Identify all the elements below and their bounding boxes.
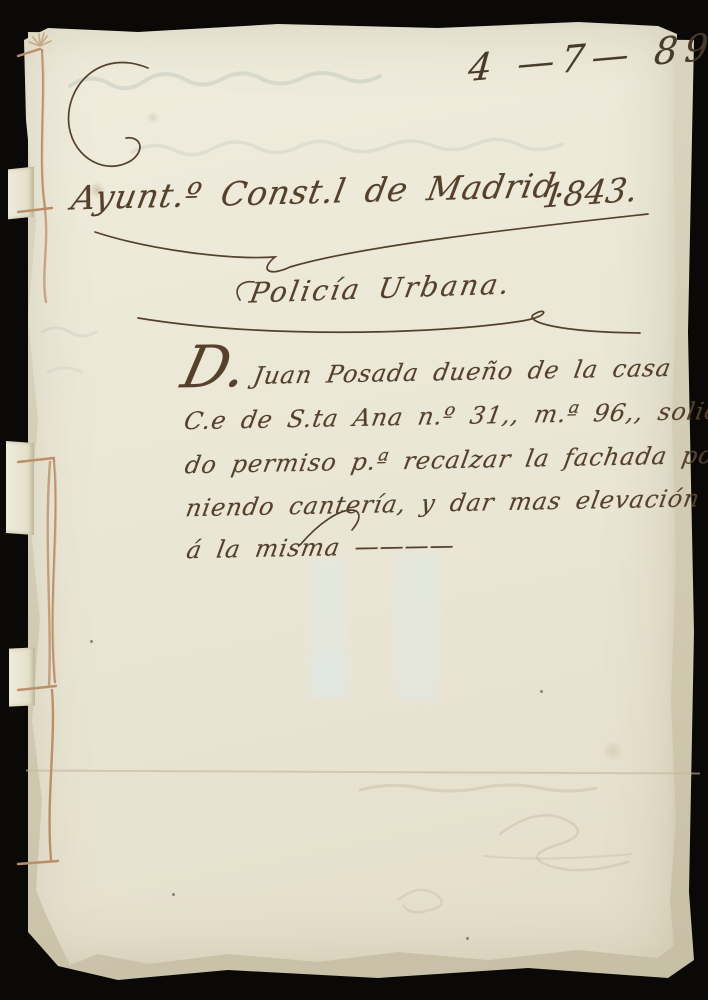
body-line: á la misma ————: [184, 531, 457, 564]
body-initial: D.: [176, 332, 255, 402]
body-text-block: D. Juan Posada dueño de la casa C.e de S…: [0, 0, 708, 1000]
body-line: do permiso p.ª recalzar la fachada po-: [183, 441, 708, 479]
scanned-document-page: 4 —7— 89 Ayunt.º Const.l de Madrid. 1843…: [0, 0, 708, 1000]
body-line: niendo cantería, y dar mas elevación: [184, 484, 703, 522]
body-line: Juan Posada dueño de la casa: [251, 354, 674, 390]
body-line: C.e de S.ta Ana n.º 31,, m.ª 96,, solici…: [182, 396, 708, 436]
